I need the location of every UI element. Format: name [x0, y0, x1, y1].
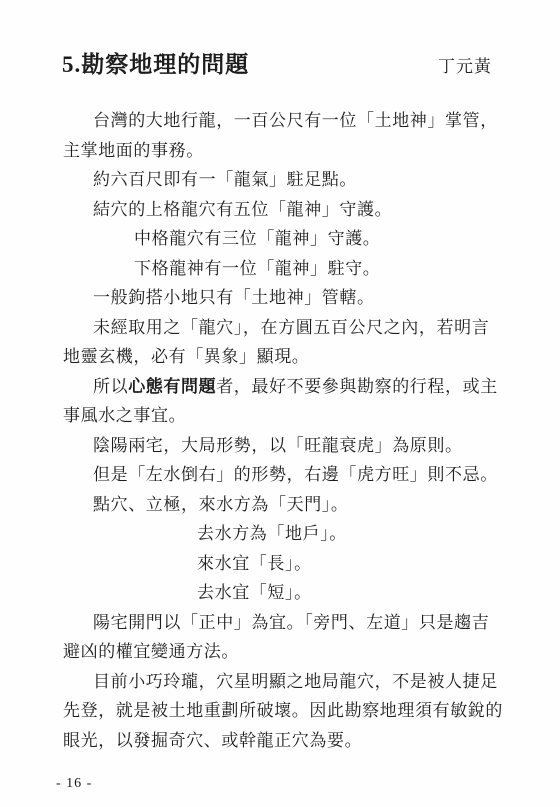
body-line: 但是「左水倒右」的形勢，右邊「虎方旺」則不忌。 — [63, 460, 523, 490]
body-line-segment: 者，最好不要參與勘察的行程，或主 — [216, 377, 498, 396]
body-line: 一般鉤搭小地只有「土地神」管轄。 — [63, 283, 523, 313]
body-line: 去水宜「短」。 — [63, 578, 523, 608]
body-line: 約六百尺即有一「龍氣」駐足點。 — [63, 165, 523, 195]
body-line: 先登，就是被土地重劃所破壞。因此勘察地理須有敏銳的 — [63, 696, 523, 726]
author-name: 丁元黃 — [438, 52, 492, 77]
body-line-segment: 所以 — [93, 377, 128, 396]
body-line: 所以心態有問題者，最好不要參與勘察的行程，或主 — [63, 372, 523, 402]
body-line: 台灣的大地行龍，一百公尺有一位「土地神」掌管， — [63, 106, 523, 136]
body-line: 中格龍穴有三位「龍神」守護。 — [63, 224, 523, 254]
body-line: 下格龍神有一位「龍神」駐守。 — [63, 254, 523, 284]
body-line: 去水方為「地戶」。 — [63, 519, 523, 549]
body-line: 結穴的上格龍穴有五位「龍神」守護。 — [63, 195, 523, 225]
bold-emphasis: 心態有問題 — [128, 377, 216, 396]
body-line: 陽宅開門以「正中」為宜。「旁門、左道」只是趨吉 — [63, 608, 523, 638]
body-line: 點穴、立極，來水方為「天門」。 — [63, 490, 523, 520]
page-title: 5.勘察地理的問題 — [62, 46, 249, 79]
page-number: - 16 - — [56, 776, 92, 792]
body-line: 主掌地面的事務。 — [63, 136, 523, 166]
body-line: 未經取用之「龍穴」，在方圓五百公尺之內，若明言 — [63, 313, 523, 343]
body-line: 眼光，以發掘奇穴、或幹龍正穴為要。 — [63, 726, 523, 756]
body-line: 避凶的權宜變通方法。 — [63, 637, 523, 667]
document-page: 5.勘察地理的問題 丁元黃 台灣的大地行龍，一百公尺有一位「土地神」掌管， 主掌… — [0, 0, 560, 807]
body-text: 台灣的大地行龍，一百公尺有一位「土地神」掌管， 主掌地面的事務。 約六百尺即有一… — [63, 106, 523, 755]
body-line: 來水宜「長」。 — [63, 549, 523, 579]
body-line: 地靈玄機，必有「異象」顯現。 — [63, 342, 523, 372]
body-line: 陰陽兩宅，大局形勢，以「旺龍衰虎」為原則。 — [63, 431, 523, 461]
body-line: 事風水之事宜。 — [63, 401, 523, 431]
body-line: 目前小巧玲瓏，穴星明顯之地局龍穴，不是被人捷足 — [63, 667, 523, 697]
